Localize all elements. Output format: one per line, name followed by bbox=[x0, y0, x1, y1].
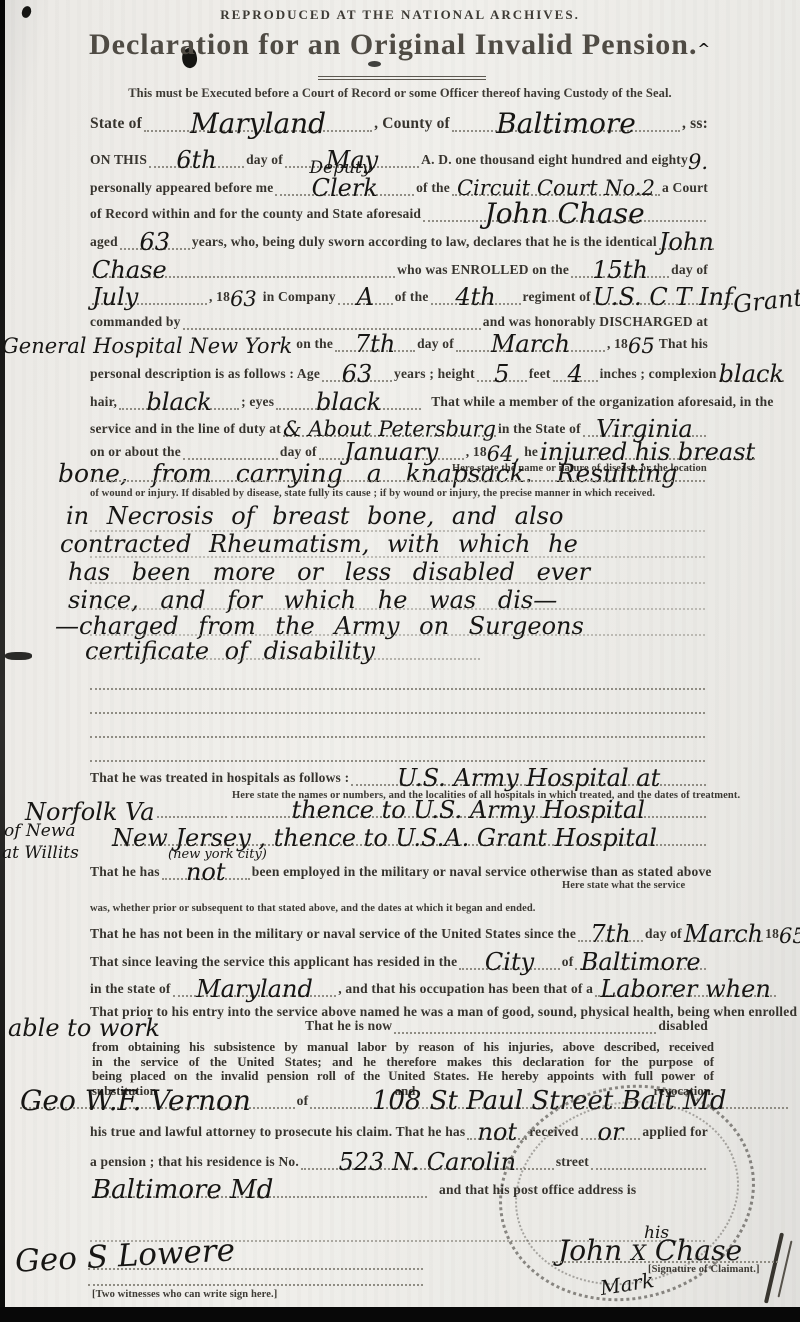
since-day-field: 7th bbox=[578, 928, 643, 942]
hospitals-line-3: New Jersey , thence to U.S.A. Grant Hosp… bbox=[110, 828, 708, 846]
scanned-pension-declaration: REPRODUCED AT THE NATIONAL ARCHIVES. Dec… bbox=[0, 0, 800, 1322]
regiment-field: U.S. C T Inf bbox=[593, 291, 733, 305]
resided-place-field: Baltimore bbox=[575, 956, 706, 970]
not-received-field: not bbox=[467, 1126, 527, 1140]
enroll-month-field: July bbox=[92, 291, 207, 305]
resided-city-field: City bbox=[459, 956, 559, 970]
discharged-at-margin: Grant bbox=[733, 291, 800, 310]
injury-date-line: on or about the day of January , 18 64, … bbox=[90, 442, 708, 460]
eyes-field: black bbox=[276, 396, 421, 410]
blank-line bbox=[90, 736, 705, 738]
service-instruction-note2: was, whether prior or subsequent to that… bbox=[90, 903, 536, 915]
injury-month-field: January bbox=[319, 446, 464, 460]
hospital-margin-note-1: of Newa bbox=[4, 825, 76, 837]
discharge-month-field: March bbox=[456, 338, 605, 352]
scan-edge-bottom bbox=[0, 1307, 800, 1322]
injury-statement-line: contracted Rheumatism, with which he bbox=[60, 538, 578, 550]
date-line: ON THIS 6th day of May A. D. one thousan… bbox=[90, 150, 708, 168]
injury-statement-line: —charged from the Army on Surgeons bbox=[55, 620, 584, 632]
occupation-field: Laborer when bbox=[595, 983, 776, 997]
other-service-line: That he has not been employed in the mil… bbox=[90, 862, 708, 880]
state-occupation-line: in the state of Maryland , and that his … bbox=[90, 979, 778, 997]
since-month-field: March bbox=[684, 928, 763, 942]
injury-cont-line: bone, from carrying a knapsack. Resultin… bbox=[58, 468, 677, 480]
injury-statement-line: since, and for which he was dis— bbox=[68, 594, 557, 606]
page-title: Declaration for an Original Invalid Pens… bbox=[0, 28, 800, 62]
injury-statement-line: certificate of disability bbox=[85, 645, 375, 657]
since-year-field: 65 bbox=[779, 930, 800, 942]
enroll-year-field: 63 bbox=[230, 293, 257, 305]
enrolled-line: Chase who was ENROLLED on the 15th day o… bbox=[90, 260, 708, 278]
pen-stroke bbox=[764, 1232, 784, 1303]
blank-line bbox=[90, 712, 705, 714]
year-field: 9. bbox=[688, 156, 708, 168]
discharge-day-field: 7th bbox=[335, 338, 415, 352]
attorney-address-field: 108 St Paul Street Balt Md bbox=[310, 1095, 788, 1109]
county-field: Baltimore bbox=[452, 118, 680, 132]
disabled-line: able to work That he is now disabled bbox=[8, 1016, 708, 1034]
height-feet-field: 5 bbox=[477, 368, 527, 382]
height-inches-field: 4 bbox=[553, 368, 598, 382]
identical-name-field: John bbox=[659, 236, 714, 250]
witness-signature: Geo S Lowere bbox=[15, 1244, 235, 1267]
archive-note: REPRODUCED AT THE NATIONAL ARCHIVES. bbox=[0, 9, 800, 21]
pencil-mark: ^ bbox=[697, 40, 711, 58]
resided-line: That since leaving the service this appl… bbox=[90, 952, 708, 970]
hospital-field-1: U.S. Army Hospital at bbox=[351, 772, 706, 786]
able-field: able to work bbox=[8, 1022, 160, 1034]
hospitals-line: That he was treated in hospitals as foll… bbox=[90, 768, 708, 786]
claimant-name-field: John Chase bbox=[423, 208, 706, 222]
regiment-no-field: 4th bbox=[431, 291, 521, 305]
resided-state-field: Maryland bbox=[173, 983, 337, 997]
hospital-field-2b: thence to U.S. Army Hospital bbox=[231, 804, 706, 818]
hospital-field-3: New Jersey , thence to U.S.A. Grant Hosp… bbox=[112, 832, 706, 846]
duty-place-field: & About Petersburg bbox=[283, 423, 496, 437]
claimant-line: of Record within and for the county and … bbox=[90, 204, 708, 222]
discharge-place-line: General Hospital New York on the 7th day… bbox=[2, 334, 708, 352]
state-county-line: State of Maryland , County of Baltimore … bbox=[90, 114, 708, 132]
name-cont-field: Chase bbox=[92, 264, 395, 278]
day-field: 6th bbox=[149, 154, 244, 168]
company-field: A bbox=[338, 291, 393, 305]
not-employed-field: not bbox=[162, 866, 250, 880]
attorney-name-field: Geo W.F. Vernon bbox=[20, 1095, 295, 1109]
injury-statement-line: in Necrosis of breast bone, and also bbox=[66, 510, 563, 522]
duty-place-line: service and in the line of duty at & Abo… bbox=[90, 419, 708, 437]
service-instruction-note1: Here state what the service bbox=[562, 880, 685, 892]
complexion-field: black bbox=[719, 368, 784, 382]
state-field: Maryland bbox=[144, 118, 372, 132]
blank-line bbox=[90, 688, 705, 690]
title-divider-rule bbox=[318, 76, 486, 80]
injury-field: injured his breast bbox=[540, 446, 755, 460]
officer-field: Deputy Clerk bbox=[275, 182, 414, 196]
regiment-line: July , 18 63 in Company A of the 4th reg… bbox=[90, 287, 708, 305]
injury-instruction-note2: of wound or injury. If disabled by disea… bbox=[90, 488, 655, 500]
enroll-day-field: 15th bbox=[571, 264, 669, 278]
hair-field: black bbox=[119, 396, 239, 410]
ink-blot bbox=[5, 652, 32, 660]
age-line: aged 63 years, who, being duly sworn acc… bbox=[90, 232, 708, 250]
witnesses-caption: [Two witnesses who can write sign here.] bbox=[92, 1289, 277, 1301]
commanded-line: commanded by and was honorably DISCHARGE… bbox=[90, 312, 708, 330]
scan-edge-left bbox=[0, 0, 5, 1307]
hospital-field-2a: Norfolk Va bbox=[25, 806, 155, 818]
court-field: Circuit Court No.2 bbox=[452, 182, 660, 196]
age-field: 63 bbox=[120, 236, 190, 250]
description-line: personal description is as follows : Age… bbox=[90, 364, 708, 382]
discharge-year-field: 65 bbox=[628, 340, 655, 352]
appeared-line: personally appeared before me Deputy Cle… bbox=[90, 178, 708, 196]
since-line: That he has not been in the military or … bbox=[90, 924, 770, 942]
hospitals-line-2: Norfolk Va thence to U.S. Army Hospital bbox=[25, 800, 708, 818]
duty-state-field: Virginia bbox=[583, 423, 706, 437]
hair-eyes-line: hair, black ; eyes black That while a me… bbox=[90, 392, 708, 410]
execution-note: This must be Executed before a Court of … bbox=[0, 87, 800, 99]
desc-age-field: 63 bbox=[322, 368, 392, 382]
blank-line bbox=[90, 760, 705, 762]
injury-statement-line: has been more or less disabled ever bbox=[68, 566, 590, 578]
discharge-place-field: General Hospital New York bbox=[2, 340, 292, 352]
po-city-field: Baltimore Md bbox=[92, 1184, 427, 1198]
hospital-margin-note-2: at Willits bbox=[2, 847, 79, 859]
